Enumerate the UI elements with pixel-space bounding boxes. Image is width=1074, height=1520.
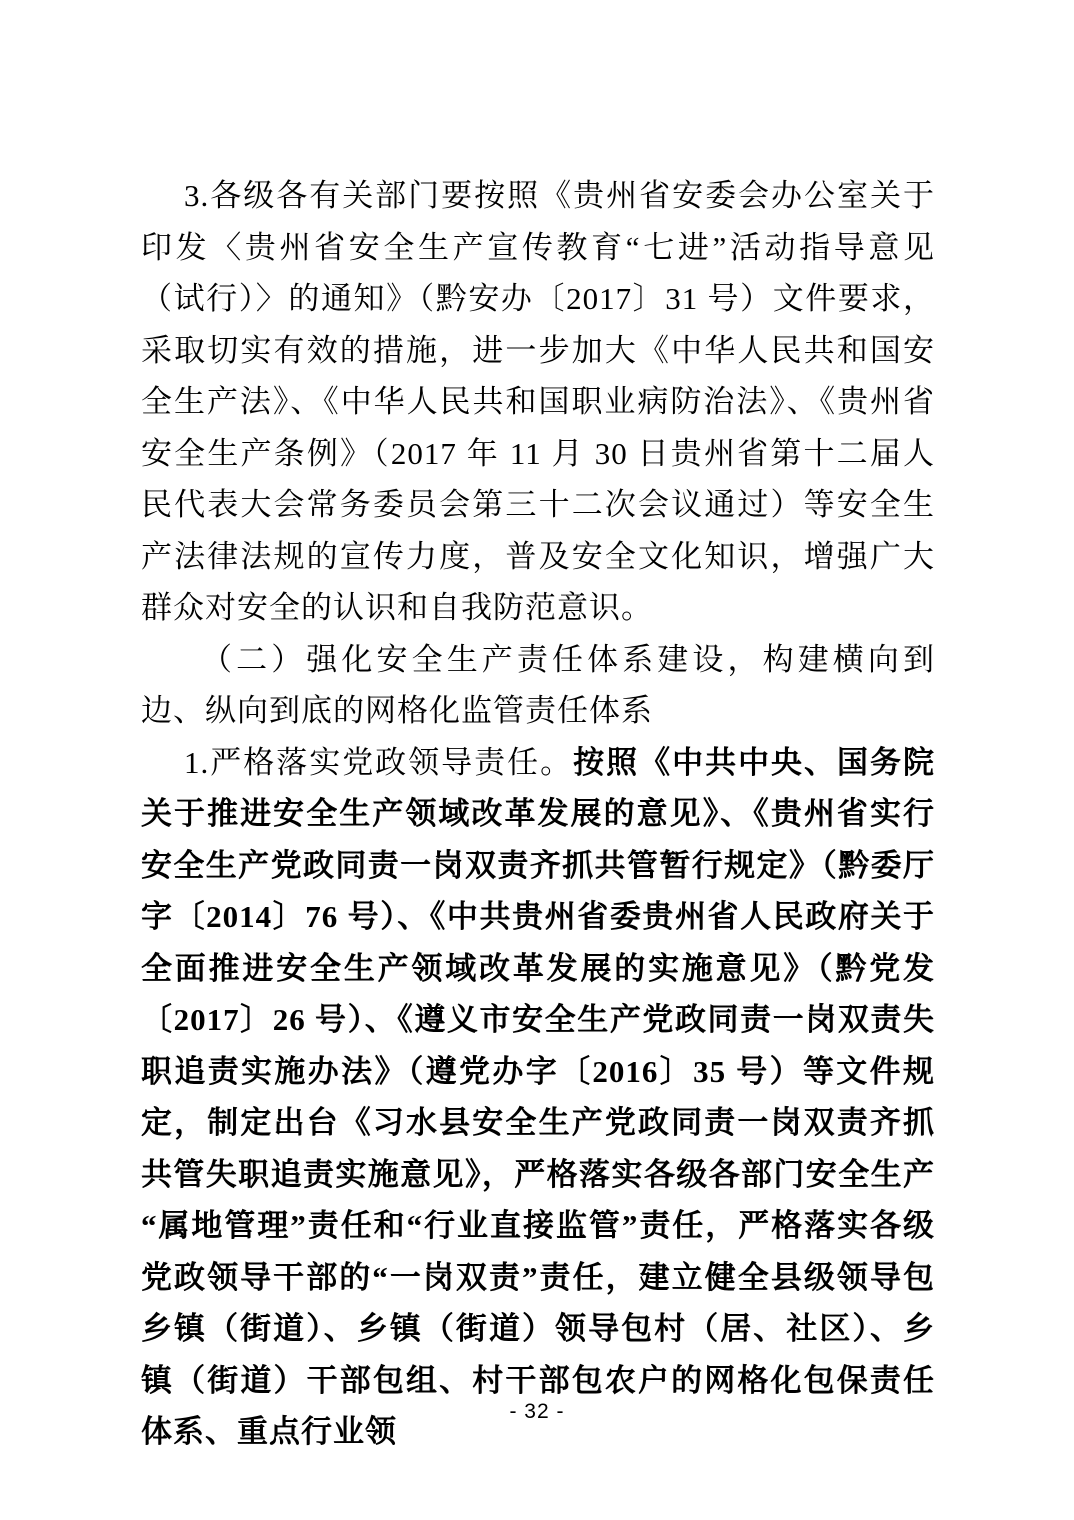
paragraph-legal-publicity: 3.各级各有关部门要按照《贵州省安委会办公室关于印发〈贵州省安全生产宣传教育“七… bbox=[141, 170, 935, 634]
paragraph-bold-citations: 按照《中共中央、国务院关于推进安全生产领域改革发展的意见》、《贵州省实行安全生产… bbox=[141, 745, 935, 1450]
section-heading-2: （二）强化安全生产责任体系建设，构建横向到边、纵向到底的网格化监管责任体系 bbox=[141, 634, 935, 737]
document-body: 3.各级各有关部门要按照《贵州省安委会办公室关于印发〈贵州省安全生产宣传教育“七… bbox=[141, 170, 935, 1458]
page-number: - 32 - bbox=[0, 1400, 1074, 1424]
paragraph-party-responsibility: 1.严格落实党政领导责任。按照《中共中央、国务院关于推进安全生产领域改革发展的意… bbox=[141, 737, 935, 1458]
paragraph-lead-text: 1.严格落实党政领导责任。 bbox=[184, 745, 573, 780]
document-page: 3.各级各有关部门要按照《贵州省安委会办公室关于印发〈贵州省安全生产宣传教育“七… bbox=[0, 0, 1074, 1520]
